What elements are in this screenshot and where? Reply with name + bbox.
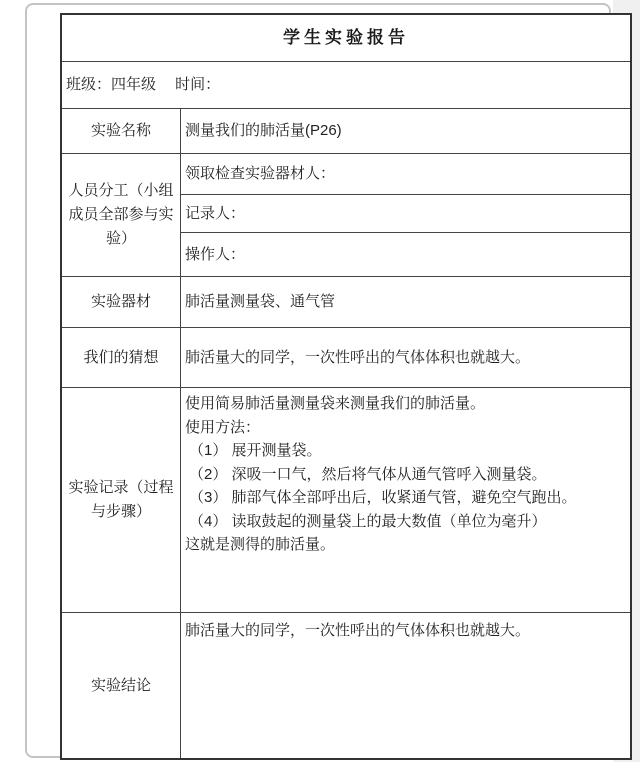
- equipment-value: 肺活量测量袋、通气管: [181, 277, 630, 327]
- title-row: 学生实验报告: [62, 15, 630, 62]
- experiment-name-row: 实验名称 测量我们的肺活量(P26): [62, 109, 630, 154]
- records-content: 使用简易肺活量测量袋来测量我们的肺活量。 使用方法： （1） 展开测量袋。 （2…: [181, 388, 630, 612]
- hypothesis-value: 肺活量大的同学，一次性呼出的气体体积也就越大。: [181, 328, 630, 387]
- records-step-4: （4） 读取鼓起的测量袋上的最大数值（单位为毫升）: [185, 510, 626, 534]
- experiment-name-label: 实验名称: [62, 109, 181, 153]
- records-step-3: （3） 肺部气体全部呼出后，收紧通气管，避免空气跑出。: [185, 486, 626, 510]
- document-viewport: 学生实验报告 班级：四年级 时间： 实验名称 测量我们的肺活量(P26) 人员分…: [0, 0, 640, 762]
- records-closing-line: 这就是测得的肺活量。: [185, 533, 626, 557]
- hypothesis-row: 我们的猜想 肺活量大的同学，一次性呼出的气体体积也就越大。: [62, 328, 630, 388]
- records-label: 实验记录（过程与步骤）: [62, 388, 181, 612]
- operator-subrow: 操作人：: [181, 233, 630, 276]
- equipment-row: 实验器材 肺活量测量袋、通气管: [62, 277, 630, 328]
- records-row: 实验记录（过程与步骤） 使用简易肺活量测量袋来测量我们的肺活量。 使用方法： （…: [62, 388, 630, 613]
- records-step-2: （2） 深吸一口气，然后将气体从通气管呼入测量袋。: [185, 463, 626, 487]
- conclusion-row: 实验结论 肺活量大的同学，一次性呼出的气体体积也就越大。: [62, 613, 630, 758]
- records-method-heading: 使用方法：: [185, 416, 626, 440]
- report-page: 学生实验报告 班级：四年级 时间： 实验名称 测量我们的肺活量(P26) 人员分…: [25, 3, 611, 758]
- division-label: 人员分工（小组成员全部参与实验）: [62, 154, 181, 276]
- division-subrows: 领取检查实验器材人： 记录人： 操作人：: [181, 154, 630, 276]
- division-row: 人员分工（小组成员全部参与实验） 领取检查实验器材人： 记录人： 操作人：: [62, 154, 630, 277]
- hypothesis-label: 我们的猜想: [62, 328, 181, 387]
- class-time-row: 班级：四年级 时间：: [62, 62, 630, 109]
- recorder-subrow: 记录人：: [181, 195, 630, 233]
- records-intro-line: 使用简易肺活量测量袋来测量我们的肺活量。: [185, 392, 626, 416]
- equipment-label: 实验器材: [62, 277, 181, 327]
- experiment-name-value: 测量我们的肺活量(P26): [181, 109, 630, 153]
- report-table: 学生实验报告 班级：四年级 时间： 实验名称 测量我们的肺活量(P26) 人员分…: [60, 13, 632, 760]
- equipment-collector-subrow: 领取检查实验器材人：: [181, 154, 630, 195]
- conclusion-value: 肺活量大的同学，一次性呼出的气体体积也就越大。: [181, 613, 630, 758]
- conclusion-label: 实验结论: [62, 613, 181, 758]
- records-step-1: （1） 展开测量袋。: [185, 439, 626, 463]
- page-title: 学生实验报告: [283, 27, 409, 49]
